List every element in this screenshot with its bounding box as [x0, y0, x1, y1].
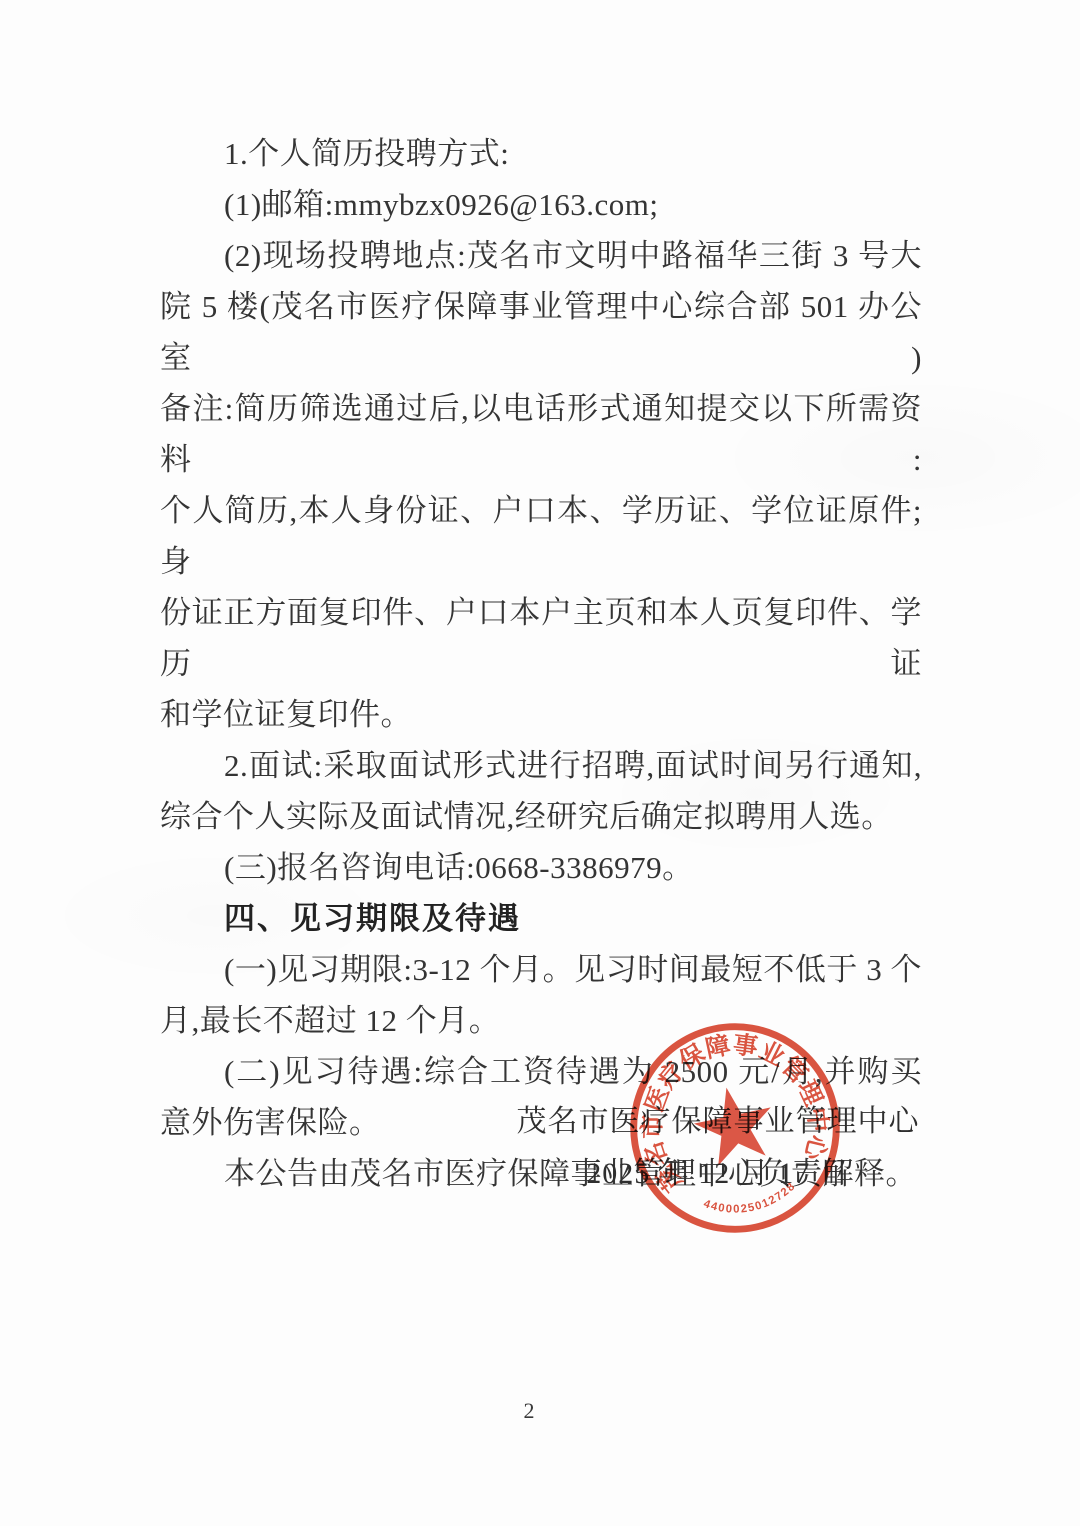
text-line: 和学位证复印件。 [160, 689, 922, 740]
text-line: 份证正方面复印件、户口本户主页和本人页复印件、学历证 [160, 587, 922, 689]
text-line: 2.面试:采取面试形式进行招聘,面试时间另行通知, [160, 740, 922, 791]
text-line: 院 5 楼(茂名市医疗保障事业管理中心综合部 501 办公室) [160, 281, 922, 383]
document-page: 1.个人简历投聘方式:(1)邮箱:mmybzx0926@163.com;(2)现… [0, 0, 1080, 1526]
text-line: 1.个人简历投聘方式: [160, 128, 922, 179]
text-line: 个人简历,本人身份证、户口本、学历证、学位证原件;身 [160, 485, 922, 587]
seal-star-icon [688, 1079, 780, 1168]
text-line: (2)现场投聘地点:茂名市文明中路福华三街 3 号大 [160, 230, 922, 281]
official-seal-stamp: 茂名市医疗保障事业管理中心 4400025012728 [617, 1010, 853, 1246]
text-line: 综合个人实际及面试情况,经研究后确定拟聘用人选。 [160, 791, 922, 842]
section-heading: 四、见习期限及待遇 [160, 893, 922, 944]
text-line: (一)见习期限:3-12 个月。见习时间最短不低于 3 个 [160, 944, 922, 995]
text-line: (1)邮箱:mmybzx0926@163.com; [160, 179, 922, 230]
text-line: (三)报名咨询电话:0668-3386979。 [160, 842, 922, 893]
text-line: 备注:简历筛选通过后,以电话形式通知提交以下所需资料: [160, 383, 922, 485]
page-number: 2 [0, 1398, 1058, 1424]
